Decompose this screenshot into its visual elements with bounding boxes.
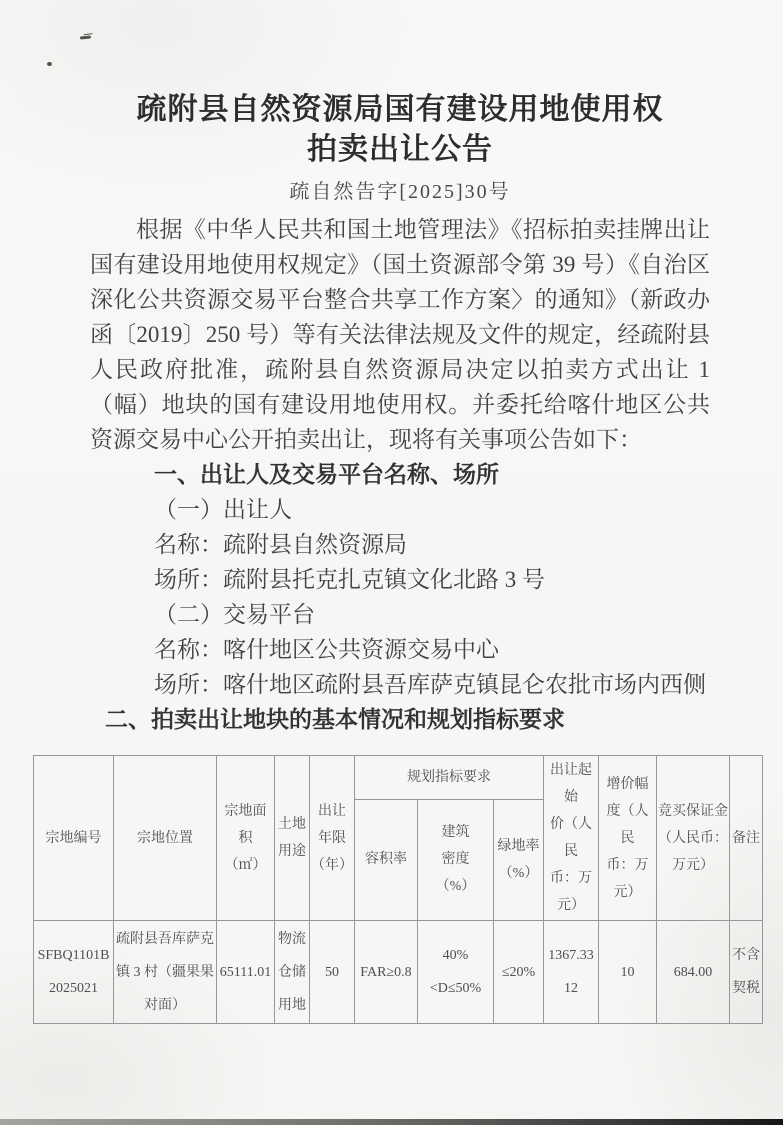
subsection1-heading: （一）出让人 [90, 492, 723, 527]
intro-paragraph: 根据《中华人民共和国土地管理法》《招标拍卖挂牌出让国有建设用地使用权规定》（国土… [90, 212, 710, 457]
platform-name-line: 名称：喀什地区公共资源交易中心 [90, 632, 723, 667]
header-land-use: 土地 用途 [275, 756, 310, 921]
cell-land-use: 物流仓储用地 [275, 921, 310, 1024]
section2-heading: 二、拍卖出让地块的基本情况和规划指标要求 [90, 702, 723, 737]
cell-far: FAR≥0.8 [355, 921, 418, 1024]
header-density: 建筑 密度 （%） [418, 799, 494, 920]
cell-deposit: 684.00 [657, 921, 730, 1024]
header-green-rate: 绿地率 （%） [494, 799, 544, 920]
cell-location: 疏附县吾库萨克镇 3 村（疆果果对面） [114, 921, 217, 1024]
scanned-document-page: 疏附县自然资源局国有建设用地使用权 拍卖出让公告 疏自然告字[2025]30号 … [0, 0, 783, 1125]
cell-parcel-no: SFBQ1101B2025021 [34, 921, 114, 1024]
cell-increment: 10 [599, 921, 657, 1024]
seller-place-line: 场所：疏附县托克扎克镇文化北路 3 号 [90, 562, 723, 597]
header-area: 宗地面积 （㎡） [217, 756, 275, 921]
header-term: 出让 年限 （年） [310, 756, 355, 921]
cell-start-price: 1367.3312 [544, 921, 599, 1024]
ink-speck [80, 35, 91, 39]
subsection2-heading: （二）交易平台 [90, 597, 723, 632]
header-deposit: 竞买保证金 （人民币： 万元） [657, 756, 730, 921]
cell-area: 65111.01 [217, 921, 275, 1024]
header-remark: 备注 [730, 756, 763, 921]
header-planning-group: 规划指标要求 [355, 756, 544, 800]
page-title-line1: 疏附县自然资源局国有建设用地使用权 [90, 90, 710, 130]
cell-density: 40%<D≤50% [418, 921, 494, 1024]
header-increment: 增价幅 度（人民 币：万 元） [599, 756, 657, 921]
table-row: SFBQ1101B2025021 疏附县吾库萨克镇 3 村（疆果果对面） 651… [34, 921, 763, 1024]
page-title: 疏附县自然资源局国有建设用地使用权 拍卖出让公告 [90, 90, 710, 170]
document-number: 疏自然告字[2025]30号 [90, 176, 710, 208]
section1-heading: 一、出让人及交易平台名称、场所 [90, 457, 723, 492]
seller-name-line: 名称：疏附县自然资源局 [90, 527, 723, 562]
header-location: 宗地位置 [114, 756, 217, 921]
ink-speck [47, 62, 52, 66]
header-start-price: 出让起始 价（人民 币：万元） [544, 756, 599, 921]
page-title-line2: 拍卖出让公告 [90, 130, 710, 170]
cell-remark: 不含契税 [730, 921, 763, 1024]
cell-term: 50 [310, 921, 355, 1024]
platform-place-line: 场所：喀什地区疏附县吾库萨克镇昆仑农批市场内西侧 [90, 667, 723, 702]
header-far: 容积率 [355, 799, 418, 920]
header-parcel-no: 宗地编号 [34, 756, 114, 921]
scan-edge-artifact [0, 1119, 783, 1125]
parcel-info-table: 宗地编号 宗地位置 宗地面积 （㎡） 土地 用途 出让 年限 （年） 规划指标要… [33, 755, 763, 1024]
cell-green-rate: ≤20% [494, 921, 544, 1024]
